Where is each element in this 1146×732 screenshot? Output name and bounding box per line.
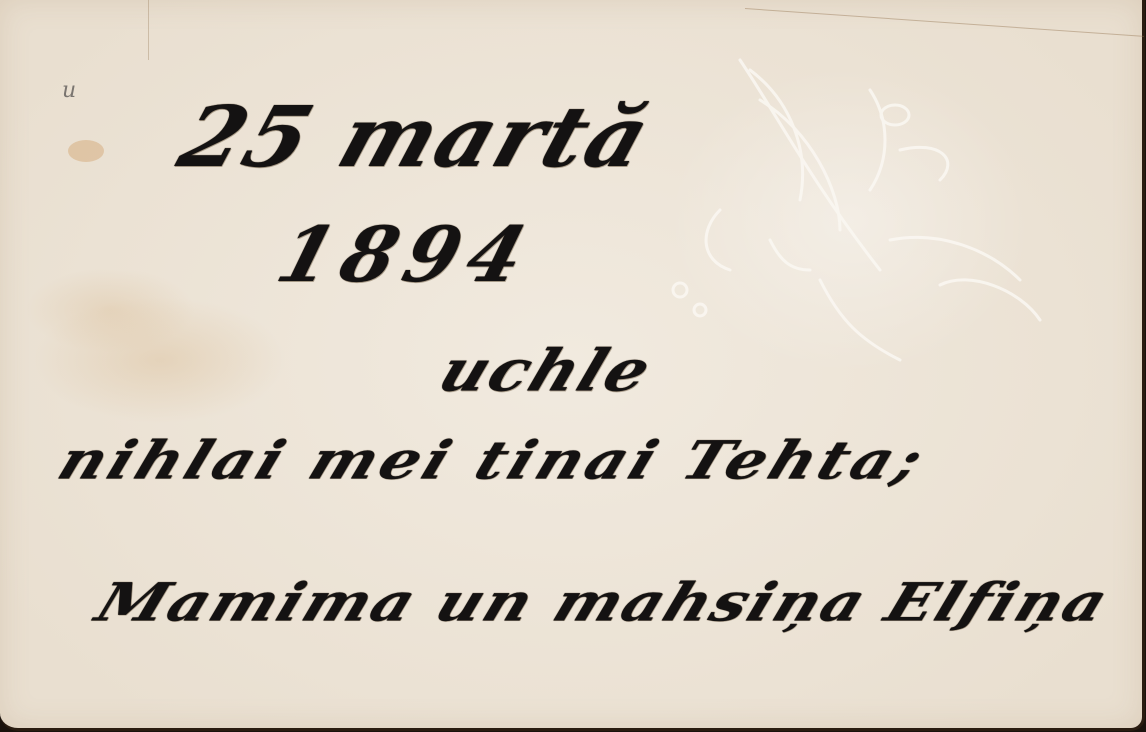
- embossed-floral-design: [640, 40, 1080, 370]
- stain-spot: [68, 140, 104, 162]
- handwritten-line-4: nihlai mei tinai Tehta;: [50, 429, 935, 491]
- pencil-annotation: u: [62, 78, 77, 103]
- handwritten-card: u 25 martă 1894 uchle nihlai mei tinai T…: [0, 0, 1145, 731]
- handwritten-year: 1894: [268, 210, 545, 299]
- paper-crease: [745, 8, 1144, 37]
- handwritten-line-3: uchle: [430, 338, 662, 406]
- handwritten-date: 25 martă: [168, 87, 663, 186]
- paper-crease: [148, 0, 149, 60]
- handwritten-signature-line: Mamima un mahsiņa Elfiņa: [88, 571, 1118, 633]
